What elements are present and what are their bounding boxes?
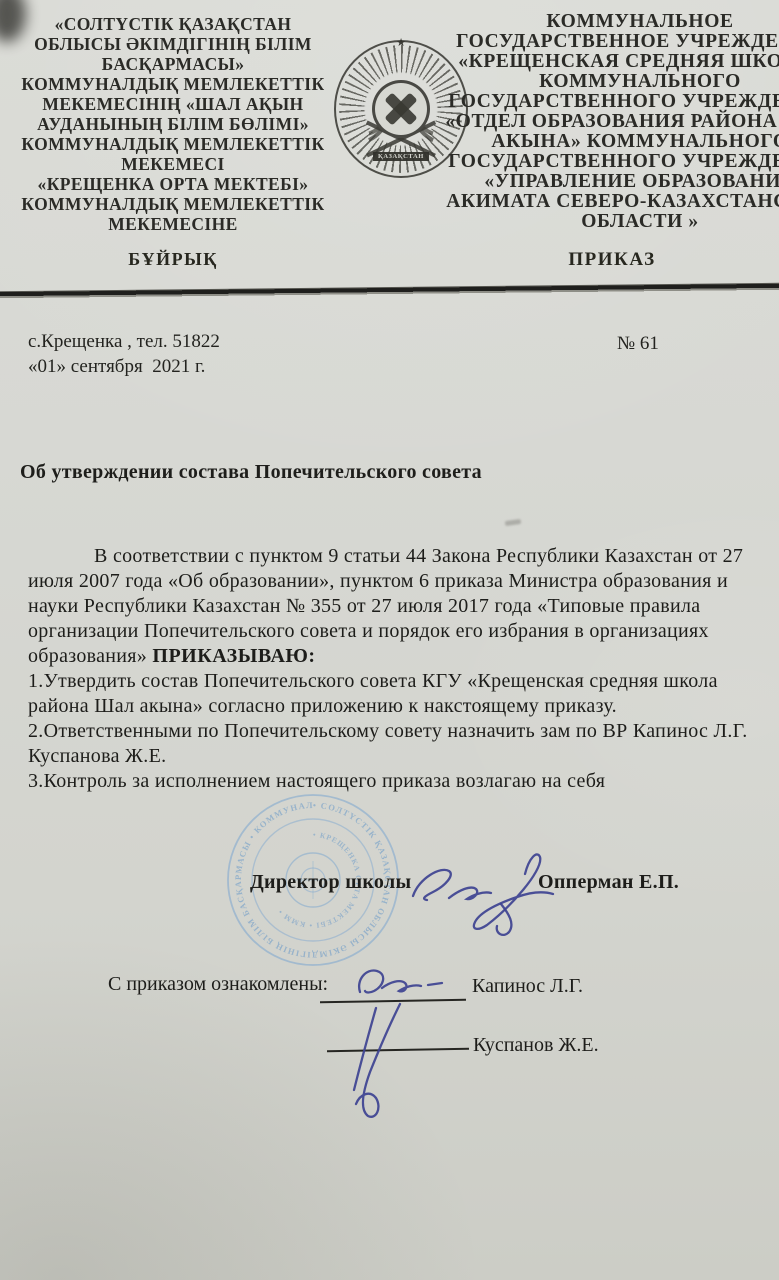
org-name-ru-line: КОММУНАЛЬНОЕ	[420, 12, 779, 32]
ack-name-2: Куспанов Ж.Е.	[473, 1034, 599, 1057]
body-line: района Шал акына» согласно приложению к …	[28, 694, 779, 719]
org-name-ru-line: «ОТДЕЛ ОБРАЗОВАНИЯ РАЙОНА ШАЛ	[420, 112, 779, 132]
org-name-ru-line: ГОСУДАРСТВЕННОГО УЧРЕЖДЕНИЯ	[420, 152, 779, 172]
org-name-kk-line: БАСҚАРМАСЫ»	[18, 54, 328, 74]
body-line: 1.Утвердить состав Попечительского совет…	[28, 669, 779, 694]
body-line: организации Попечительского совета и пор…	[28, 619, 779, 644]
body-line: июля 2007 года «Об образовании», пунктом…	[28, 569, 779, 594]
org-name-kk-line: КОММУНАЛДЫҚ МЕМЛЕКЕТТІК	[18, 194, 328, 214]
org-name-ru-line: АКИМАТА СЕВЕРО-КАЗАХСТАНСКОЙ	[420, 192, 779, 212]
signature-ink-kuspanov	[340, 1002, 420, 1124]
doc-date: «01» сентября 2021 г.	[28, 356, 205, 378]
org-name-kk-line: КОММУНАЛДЫҚ МЕМЛЕКЕТТІК	[18, 74, 328, 94]
body-line: В соответствии с пунктом 9 статьи 44 Зак…	[28, 544, 779, 569]
org-name-kazakh-block: «СОЛТҮСТІК ҚАЗАҚСТАН ОБЛЫСЫ ӘКІМДІГІНІҢ …	[18, 14, 328, 234]
place-phone: с.Крещенка , тел. 51822	[28, 331, 220, 353]
signature-ink-kapinos	[348, 958, 448, 1006]
doc-body: В соответствии с пунктом 9 статьи 44 Зак…	[28, 544, 779, 794]
ack-name-1: Капинос Л.Г.	[472, 975, 583, 998]
org-name-kk-line: АУДАНЫНЫҢ БІЛІМ БӨЛІМІ»	[18, 114, 328, 134]
org-name-ru-line: АКЫНА» КОММУНАЛЬНОГО	[420, 132, 779, 152]
org-name-ru-line: ГОСУДАРСТВЕННОЕ УЧРЕЖДЕНИЕ	[420, 32, 779, 52]
body-line: Куспанова Ж.Е.	[28, 744, 779, 769]
org-name-ru-line: ГОСУДАРСТВЕННОГО УЧРЕЖДЕНИЯ	[420, 92, 779, 112]
director-label: Директор школы	[250, 871, 411, 894]
org-name-kk-line: «СОЛТҮСТІК ҚАЗАҚСТАН	[18, 14, 328, 34]
org-name-kk-line: ОБЛЫСЫ ӘКІМДІГІНІҢ БІЛІМ	[18, 34, 328, 54]
org-name-ru-line: «КРЕЩЕНСКАЯ СРЕДНЯЯ ШКОЛА»	[420, 52, 779, 72]
doc-title: Об утверждении состава Попечительского с…	[20, 461, 482, 484]
body-line: науки Республики Казахстан № 355 от 27 и…	[28, 594, 779, 619]
org-name-kk-line: МЕКЕМЕСІ	[18, 154, 328, 174]
scanned-order-document: «СОЛТҮСТІК ҚАЗАҚСТАН ОБЛЫСЫ ӘКІМДІГІНІҢ …	[0, 0, 779, 1280]
org-name-kk-line: «КРЕЩЕНКА ОРТА МЕКТЕБІ»	[18, 174, 328, 194]
org-name-kk-line: МЕКЕМЕСІНІҢ «ШАЛ АҚЫН	[18, 94, 328, 114]
signature-ink-director	[405, 840, 560, 940]
pencil-smudge	[505, 519, 522, 526]
org-name-russian-block: КОММУНАЛЬНОЕ ГОСУДАРСТВЕННОЕ УЧРЕЖДЕНИЕ …	[420, 12, 779, 232]
doc-type-kazakh: БҰЙРЫҚ	[18, 249, 328, 270]
body-line: образования» ПРИКАЗЫВАЮ:	[28, 644, 779, 669]
org-name-kk-line: МЕКЕМЕСІНЕ	[18, 214, 328, 234]
prikazyvayu-keyword: ПРИКАЗЫВАЮ:	[152, 645, 315, 667]
org-name-kk-line: КОММУНАЛДЫҚ МЕМЛЕКЕТТІК	[18, 134, 328, 154]
body-line: 3.Контроль за исполнением настоящего при…	[28, 769, 779, 794]
org-name-ru-line: ОБЛАСТИ »	[420, 212, 779, 232]
doc-type-russian: ПРИКАЗ	[392, 249, 779, 271]
doc-number: № 61	[617, 333, 659, 355]
org-name-ru-line: «УПРАВЛЕНИЕ ОБРАЗОВАНИЯ	[420, 172, 779, 192]
body-line: 2.Ответственными по Попечительскому сове…	[28, 719, 779, 744]
header-divider-line	[0, 283, 779, 300]
acknowledged-label: С приказом ознакомлены:	[108, 973, 328, 996]
org-name-ru-line: КОММУНАЛЬНОГО	[420, 72, 779, 92]
emblem-star-icon: ★	[396, 38, 406, 48]
